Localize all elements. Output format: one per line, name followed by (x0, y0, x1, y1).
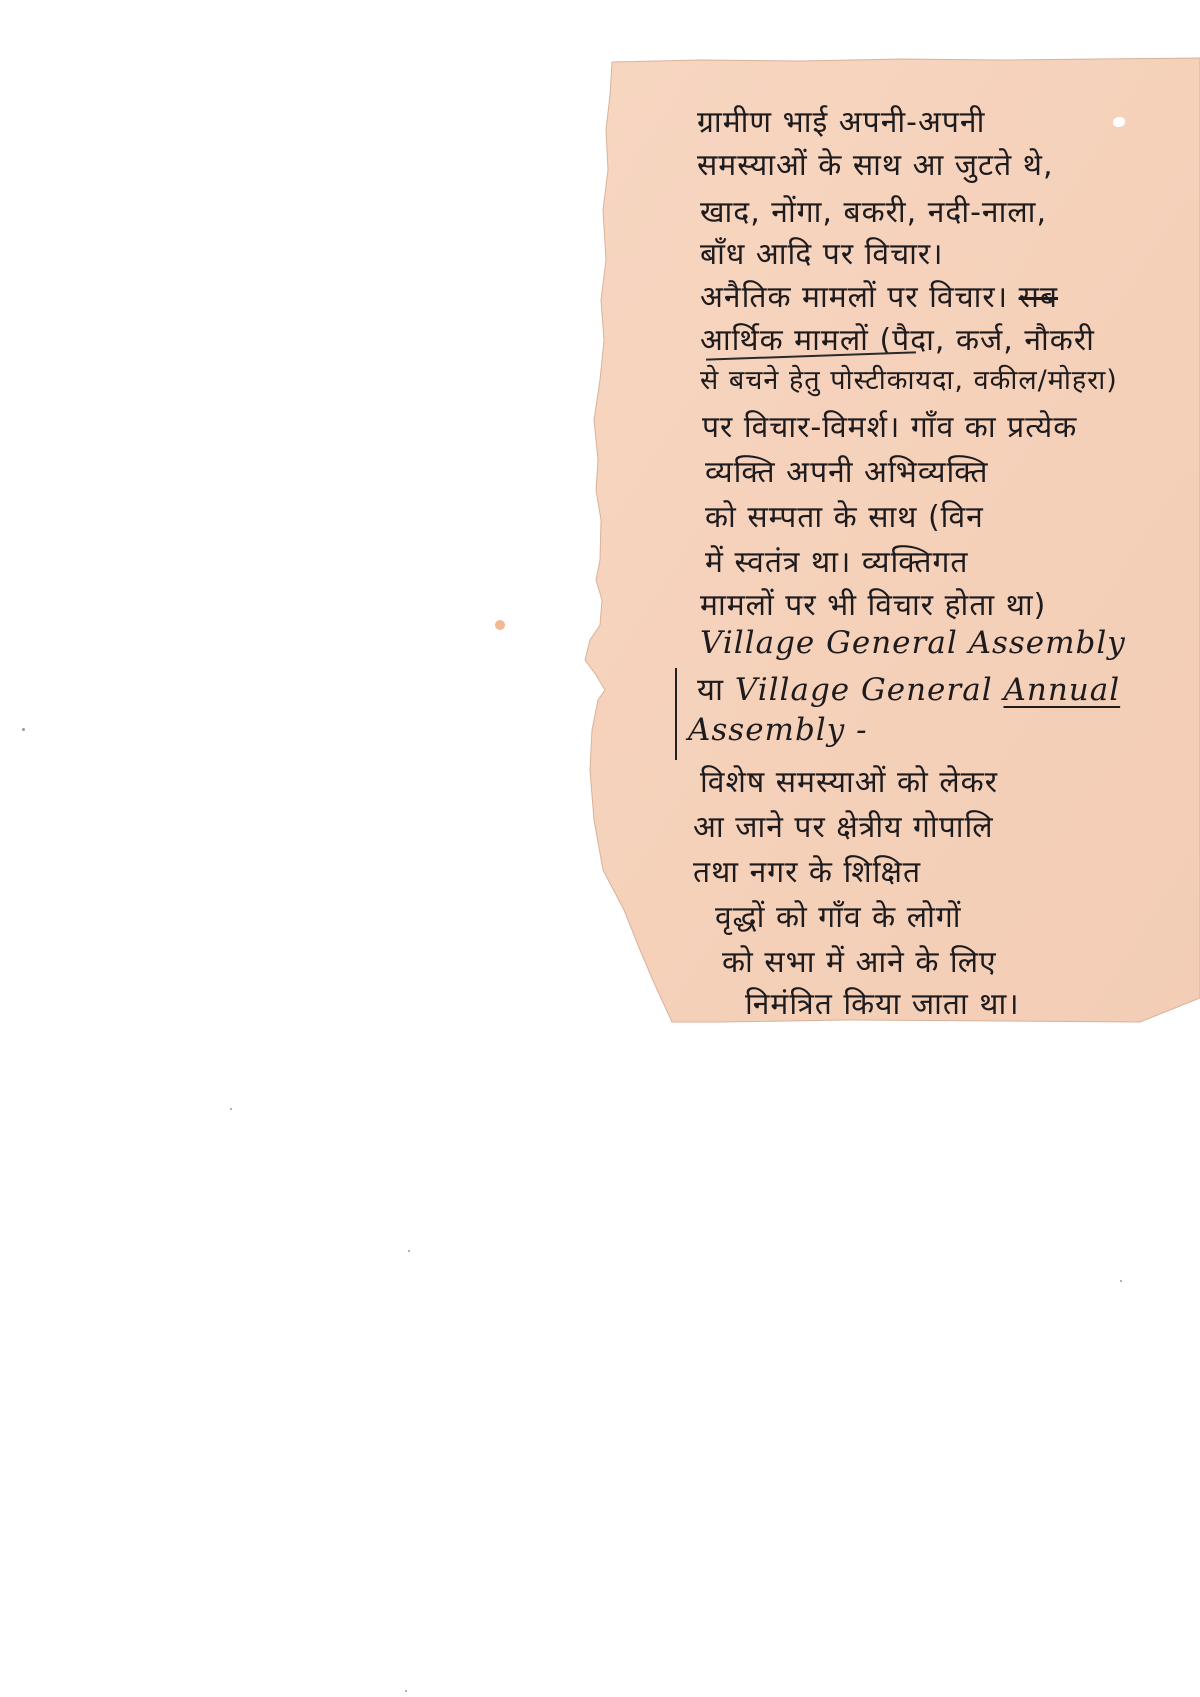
handwritten-line: ग्रामीण भाई अपनी-अपनी (697, 100, 985, 141)
handwritten-line-english: Assembly - (688, 712, 868, 748)
manuscript-text: ग्रामीण भाई अपनी-अपनी समस्याओं के साथ आ … (0, 0, 1200, 1697)
handwritten-line: में स्वतंत्र था। व्यक्तिगत (705, 540, 968, 581)
handwritten-line: से बचने हेतु पोस्टीकायदा, वकील/मोहरा) (700, 360, 1118, 397)
struck-word: सब (1019, 280, 1058, 315)
handwritten-line: निमंत्रित किया जाता था। (745, 982, 1020, 1023)
margin-bracket-line (675, 668, 677, 760)
scan-speck (405, 1690, 407, 1692)
scan-speck (408, 1250, 410, 1252)
paper-hole (1113, 117, 1125, 127)
handwritten-line: बाँध आदि पर विचार। (700, 232, 944, 273)
handwritten-line: समस्याओं के साथ आ जुटते थे, (697, 143, 1054, 184)
paper-fragment-dot (495, 620, 505, 630)
line-text: Village General (735, 672, 993, 708)
handwritten-line: खाद, नोंगा, बकरी, नदी-नाला, (700, 190, 1047, 231)
handwritten-line: पर विचार-विमर्श। गाँव का प्रत्येक (702, 405, 1077, 446)
handwritten-line: तथा नगर के शिक्षित (693, 850, 921, 891)
handwritten-line: को सम्पता के साथ (विन (705, 495, 984, 536)
handwritten-line: व्यक्ति अपनी अभिव्यक्ति (705, 450, 988, 491)
scan-speck (1120, 1280, 1122, 1282)
scan-speck (22, 728, 25, 731)
handwritten-line: आ जाने पर क्षेत्रीय गोपालि (693, 805, 994, 846)
handwritten-line: अनैतिक मामलों पर विचार। सब (700, 275, 1058, 316)
handwritten-line: वृद्धों को गाँव के लोगों (715, 895, 962, 936)
line-prefix: या (697, 672, 724, 708)
handwritten-line: विशेष समस्याओं को लेकर (700, 760, 998, 801)
handwritten-line: को सभा में आने के लिए (722, 940, 997, 981)
line-text: अनैतिक मामलों पर विचार। (700, 280, 1008, 315)
underlined-word: Annual (1003, 672, 1120, 708)
scan-speck (230, 1108, 232, 1110)
handwritten-line: मामलों पर भी विचार होता था) (700, 583, 1046, 624)
handwritten-line-english: Village General Assembly (700, 625, 1126, 661)
handwritten-line-english: या Village General Annual (697, 668, 1120, 710)
